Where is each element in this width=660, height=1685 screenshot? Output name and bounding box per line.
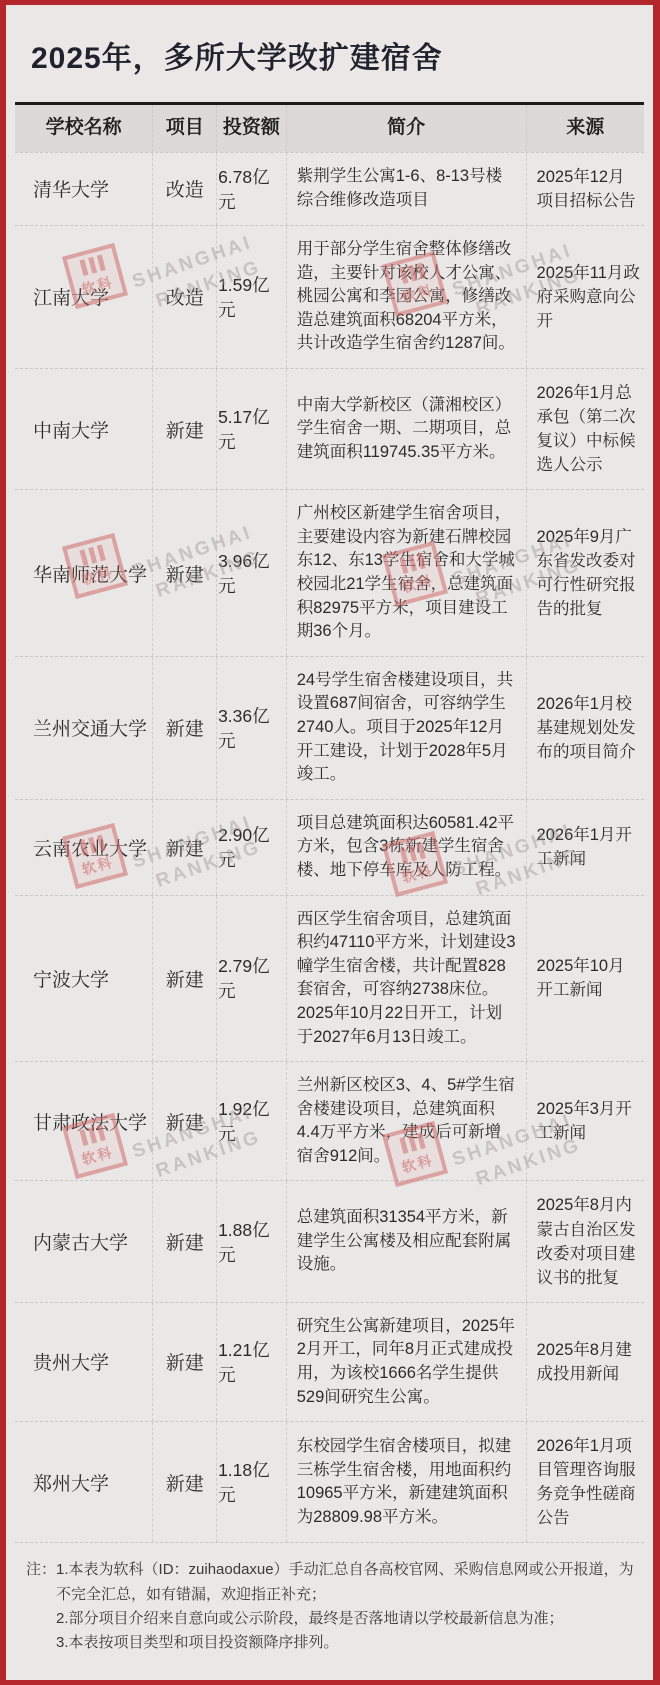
column-header: 投资额 [216, 105, 286, 152]
note-item: 2.部分项目介绍来自意向或公示阶段，最终是否落地请以学校最新信息为准； [56, 1607, 644, 1631]
source-cell: 2026年1月开工新闻 [526, 800, 644, 895]
source-cell: 2025年11月政府采购意向公开 [526, 226, 644, 368]
column-header: 简介 [286, 105, 526, 152]
school-name-cell: 清华大学 [15, 153, 152, 225]
table-row: 贵州大学 新建 1.21亿元 研究生公寓新建项目，2025年2月开工，同年8月正… [15, 1302, 644, 1421]
investment-cell: 1.59亿元 [216, 226, 286, 368]
dorm-projects-table: 学校名称项目投资额简介来源 清华大学 改造 6.78亿元 紫荆学生公寓1-6、8… [15, 102, 644, 1543]
school-name-cell: 郑州大学 [15, 1422, 152, 1542]
table-body: 清华大学 改造 6.78亿元 紫荆学生公寓1-6、8-13号楼综合维修改造项目 … [15, 152, 644, 1544]
table-row: 内蒙古大学 新建 1.88亿元 总建筑面积31354平方米，新建学生公寓楼及相应… [15, 1180, 644, 1301]
table-row: 清华大学 改造 6.78亿元 紫荆学生公寓1-6、8-13号楼综合维修改造项目 … [15, 152, 644, 225]
school-name-cell: 兰州交通大学 [15, 657, 152, 799]
school-name-cell: 甘肃政法大学 [15, 1062, 152, 1180]
table-row: 兰州交通大学 新建 3.36亿元 24号学生宿舍楼建设项目，共设置687间宿舍，… [15, 656, 644, 799]
project-intro-cell: 项目总建筑面积达60581.42平方米，包含3栋新建学生宿舍楼、地下停车库及人防… [286, 800, 526, 895]
project-type-cell: 新建 [152, 1181, 216, 1301]
note-item: 3.本表按项目类型和项目投资额降序排列。 [56, 1631, 644, 1655]
column-header: 来源 [526, 105, 644, 152]
project-type-cell: 新建 [152, 1422, 216, 1542]
source-cell: 2026年1月校基建规划处发布的项目简介 [526, 657, 644, 799]
table-row: 中南大学 新建 5.17亿元 中南大学新校区（潇湘校区）学生宿舍一期、二期项目，… [15, 368, 644, 489]
school-name-cell: 云南农业大学 [15, 800, 152, 895]
project-intro-cell: 用于部分学生宿舍整体修缮改造，主要针对该校人才公寓、桃园公寓和李园公寓，修缮改造… [286, 226, 526, 368]
source-cell: 2025年8月建成投用新闻 [526, 1303, 644, 1421]
source-cell: 2025年10月开工新闻 [526, 896, 644, 1062]
project-intro-cell: 紫荆学生公寓1-6、8-13号楼综合维修改造项目 [286, 153, 526, 225]
investment-cell: 3.36亿元 [216, 657, 286, 799]
investment-cell: 3.96亿元 [216, 490, 286, 656]
infographic-frame: 2025年，多所大学改扩建宿舍 学校名称项目投资额简介来源 清华大学 改造 6.… [0, 0, 660, 1685]
school-name-cell: 内蒙古大学 [15, 1181, 152, 1301]
school-name-cell: 宁波大学 [15, 896, 152, 1062]
investment-cell: 1.21亿元 [216, 1303, 286, 1421]
project-intro-cell: 东校园学生宿舍楼项目，拟建三栋学生宿舍楼，用地面积约10965平方米，新建建筑面… [286, 1422, 526, 1542]
school-name-cell: 江南大学 [15, 226, 152, 368]
project-type-cell: 新建 [152, 490, 216, 656]
column-header: 学校名称 [15, 105, 152, 152]
page-title: 2025年，多所大学改扩建宿舍 [31, 33, 644, 77]
investment-cell: 1.88亿元 [216, 1181, 286, 1301]
project-type-cell: 新建 [152, 1062, 216, 1180]
project-type-cell: 改造 [152, 153, 216, 225]
investment-cell: 2.90亿元 [216, 800, 286, 895]
table-row: 江南大学 改造 1.59亿元 用于部分学生宿舍整体修缮改造，主要针对该校人才公寓… [15, 225, 644, 368]
table-row: 甘肃政法大学 新建 1.92亿元 兰州新区校区3、4、5#学生宿舍楼建设项目，总… [15, 1061, 644, 1180]
project-intro-cell: 广州校区新建学生宿舍项目，主要建设内容为新建石牌校园东12、东13学生宿舍和大学… [286, 490, 526, 656]
project-intro-cell: 24号学生宿舍楼建设项目，共设置687间宿舍，可容纳学生2740人。项目于202… [286, 657, 526, 799]
table-row: 云南农业大学 新建 2.90亿元 项目总建筑面积达60581.42平方米，包含3… [15, 799, 644, 895]
table-row: 华南师范大学 新建 3.96亿元 广州校区新建学生宿舍项目，主要建设内容为新建石… [15, 489, 644, 656]
school-name-cell: 华南师范大学 [15, 490, 152, 656]
project-type-cell: 新建 [152, 369, 216, 489]
notes-list: 1.本表为软科（ID：zuihaodaxue）手动汇总自各高校官网、采购信息网或… [56, 1558, 644, 1655]
project-type-cell: 新建 [152, 657, 216, 799]
investment-cell: 2.79亿元 [216, 896, 286, 1062]
source-cell: 2025年12月项目招标公告 [526, 153, 644, 225]
project-intro-cell: 研究生公寓新建项目，2025年2月开工，同年8月正式建成投用，为该校1666名学… [286, 1303, 526, 1421]
note-item: 1.本表为软科（ID：zuihaodaxue）手动汇总自各高校官网、采购信息网或… [56, 1558, 644, 1607]
school-name-cell: 中南大学 [15, 369, 152, 489]
notes-prefix: 注： [26, 1558, 56, 1655]
source-cell: 2025年9月广东省发改委对可行性研究报告的批复 [526, 490, 644, 656]
source-cell: 2025年8月内蒙古自治区发改委对项目建议书的批复 [526, 1181, 644, 1301]
project-type-cell: 改造 [152, 226, 216, 368]
column-header: 项目 [152, 105, 216, 152]
project-intro-cell: 总建筑面积31354平方米，新建学生公寓楼及相应配套附属设施。 [286, 1181, 526, 1301]
investment-cell: 5.17亿元 [216, 369, 286, 489]
source-cell: 2026年1月项目管理咨询服务竞争性磋商公告 [526, 1422, 644, 1542]
investment-cell: 6.78亿元 [216, 153, 286, 225]
school-name-cell: 贵州大学 [15, 1303, 152, 1421]
project-type-cell: 新建 [152, 800, 216, 895]
source-cell: 2026年1月总承包（第二次复议）中标候选人公示 [526, 369, 644, 489]
table-header-row: 学校名称项目投资额简介来源 [15, 105, 644, 152]
project-intro-cell: 西区学生宿舍项目，总建筑面积约47110平方米，计划建设3幢学生宿舍楼，共计配置… [286, 896, 526, 1062]
project-type-cell: 新建 [152, 1303, 216, 1421]
project-intro-cell: 中南大学新校区（潇湘校区）学生宿舍一期、二期项目，总建筑面积119745.35平… [286, 369, 526, 489]
investment-cell: 1.92亿元 [216, 1062, 286, 1180]
project-intro-cell: 兰州新区校区3、4、5#学生宿舍楼建设项目，总建筑面积4.4万平方米，建成后可新… [286, 1062, 526, 1180]
table-row: 宁波大学 新建 2.79亿元 西区学生宿舍项目，总建筑面积约47110平方米，计… [15, 895, 644, 1062]
investment-cell: 1.18亿元 [216, 1422, 286, 1542]
table-row: 郑州大学 新建 1.18亿元 东校园学生宿舍楼项目，拟建三栋学生宿舍楼，用地面积… [15, 1421, 644, 1542]
footnotes: 注： 1.本表为软科（ID：zuihaodaxue）手动汇总自各高校官网、采购信… [26, 1558, 644, 1655]
project-type-cell: 新建 [152, 896, 216, 1062]
source-cell: 2025年3月开工新闻 [526, 1062, 644, 1180]
